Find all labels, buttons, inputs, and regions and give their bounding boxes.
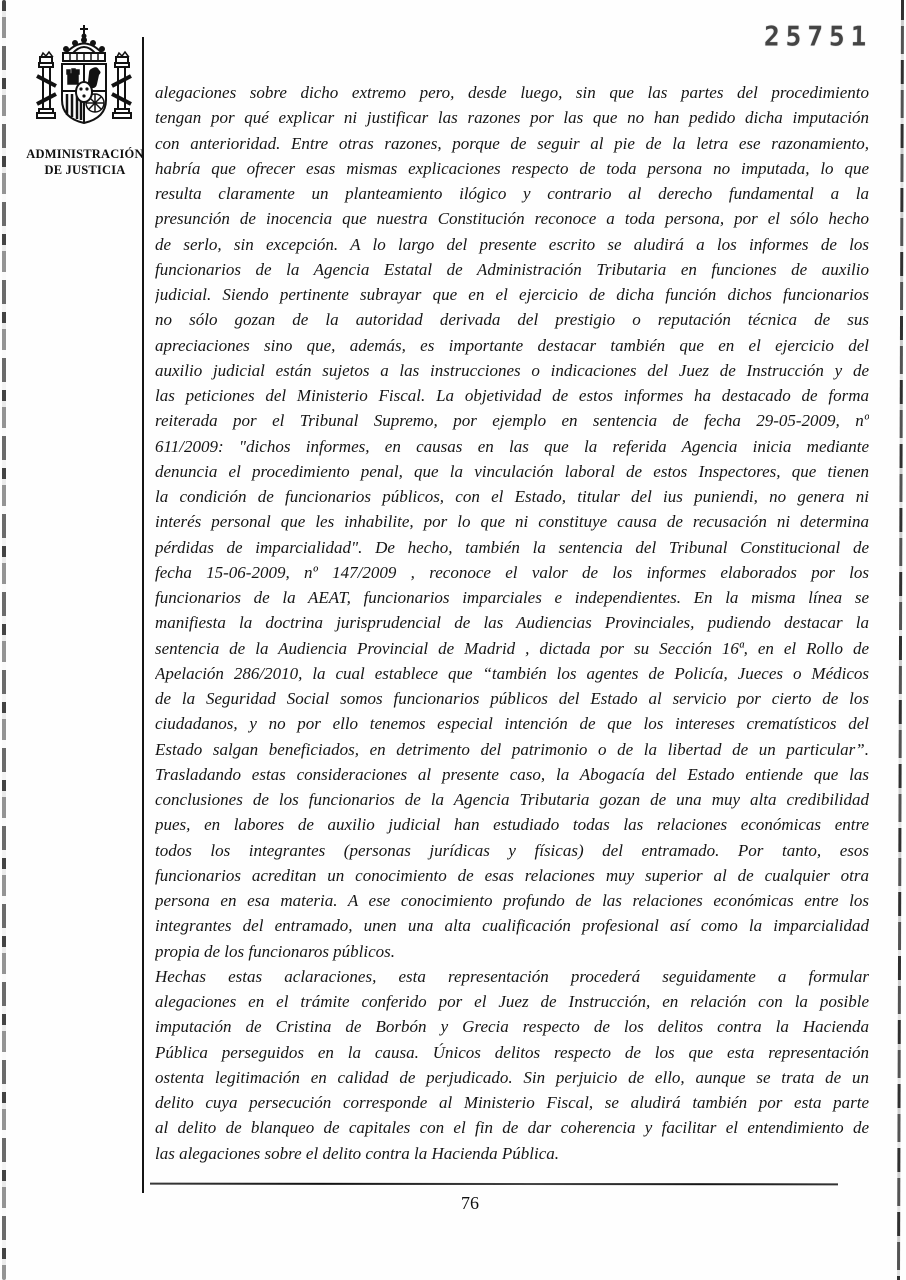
text-line: Hechas estas aclaraciones, esta represen… — [155, 964, 869, 989]
text-line: funcionarios de la Agencia Estatal de Ad… — [155, 257, 869, 282]
text-line: no sólo gozan de la autoridad derivada d… — [155, 307, 869, 332]
text-line: de serlo, sin excepción. A lo largo del … — [155, 232, 869, 257]
text-line: la condición de funcionarios públicos, c… — [155, 484, 869, 509]
page-number: 76 — [420, 1193, 520, 1214]
text-line: propia de los funcionaros públicos. — [155, 939, 869, 964]
text-line: conclusiones de los funcionarios de la A… — [155, 787, 869, 812]
text-line: ciudadanos, y no por ello tenemos especi… — [155, 711, 869, 736]
scan-edge-artifact-right — [897, 0, 904, 1280]
text-line: manifiesta la doctrina jurisprudencial d… — [155, 610, 869, 635]
text-line: pues, en labores de auxilio judicial han… — [155, 812, 869, 837]
text-line: alegaciones sobre dicho extremo pero, de… — [155, 80, 869, 105]
text-line: imputación de Cristina de Borbón y Greci… — [155, 1014, 869, 1039]
scanned-document-page: ADMINISTRACIÓN DE JUSTICIA 25751 alegaci… — [0, 0, 906, 1280]
text-line: interés personal que les inhabilite, por… — [155, 509, 869, 534]
text-line: con anterioridad. Entre otras razones, p… — [155, 131, 869, 156]
text-line: Apelación 286/2010, la cual establece qu… — [155, 661, 869, 686]
text-line: denuncia el procedimiento penal, que la … — [155, 459, 869, 484]
text-line: integrantes del entramado, unen una alta… — [155, 913, 869, 938]
text-line: tengan por qué explicar ni justificar la… — [155, 105, 869, 130]
text-line: las peticiones del Ministerio Fiscal. La… — [155, 383, 869, 408]
footer-rule — [150, 1183, 838, 1186]
institution-label-line1: ADMINISTRACIÓN — [8, 146, 162, 162]
text-line: fecha 15-06-2009, nº 147/2009 , reconoce… — [155, 560, 869, 585]
text-line: de la Seguridad Social somos funcionario… — [155, 686, 869, 711]
text-line: resulta claramente un planteamiento ilóg… — [155, 181, 869, 206]
text-line: habría que ofrecer esas mismas explicaci… — [155, 156, 869, 181]
text-line: presunción de inocencia que nuestra Cons… — [155, 206, 869, 231]
text-line: Trasladando estas consideraciones al pre… — [155, 762, 869, 787]
institution-label: ADMINISTRACIÓN DE JUSTICIA — [8, 146, 162, 178]
scan-edge-artifact-left — [2, 0, 6, 1280]
text-line: funcionarios acreditan un conocimiento d… — [155, 863, 869, 888]
text-line: delito cuya persecución corresponde al M… — [155, 1090, 869, 1115]
text-line: todos los integrantes (personas jurídica… — [155, 838, 869, 863]
text-line: ostenta legitimación en calidad de perju… — [155, 1065, 869, 1090]
text-line: las alegaciones sobre el delito contra l… — [155, 1141, 869, 1166]
text-line: sentencia de la Audiencia Provincial de … — [155, 636, 869, 661]
text-line: alegaciones en el trámite conferido por … — [155, 989, 869, 1014]
text-line: pérdidas de imparcialidad". De hecho, ta… — [155, 535, 869, 560]
text-line: persona en esa materia. A ese conocimien… — [155, 888, 869, 913]
margin-divider-line — [142, 37, 144, 1193]
folio-stamp-number: 25751 — [764, 21, 873, 52]
institution-label-line2: DE JUSTICIA — [8, 162, 162, 178]
text-line: Estado salgan beneficiados, en detriment… — [155, 737, 869, 762]
document-body-text: alegaciones sobre dicho extremo pero, de… — [155, 80, 869, 1166]
text-line: apreciaciones sino que, además, es impor… — [155, 333, 869, 358]
text-line: funcionarios de la AEAT, funcionarios im… — [155, 585, 869, 610]
text-line: 611/2009: "dichos informes, en causas en… — [155, 434, 869, 459]
text-line: judicial. Siendo pertinente subrayar que… — [155, 282, 869, 307]
text-line: reiterada por el Tribunal Supremo, por e… — [155, 408, 869, 433]
coat-of-arms-icon — [28, 24, 140, 146]
text-line: Pública perseguidos en la causa. Únicos … — [155, 1040, 869, 1065]
text-line: al delito de blanqueo de capitales con e… — [155, 1115, 869, 1140]
text-line: auxilio judicial están sujetos a las ins… — [155, 358, 869, 383]
